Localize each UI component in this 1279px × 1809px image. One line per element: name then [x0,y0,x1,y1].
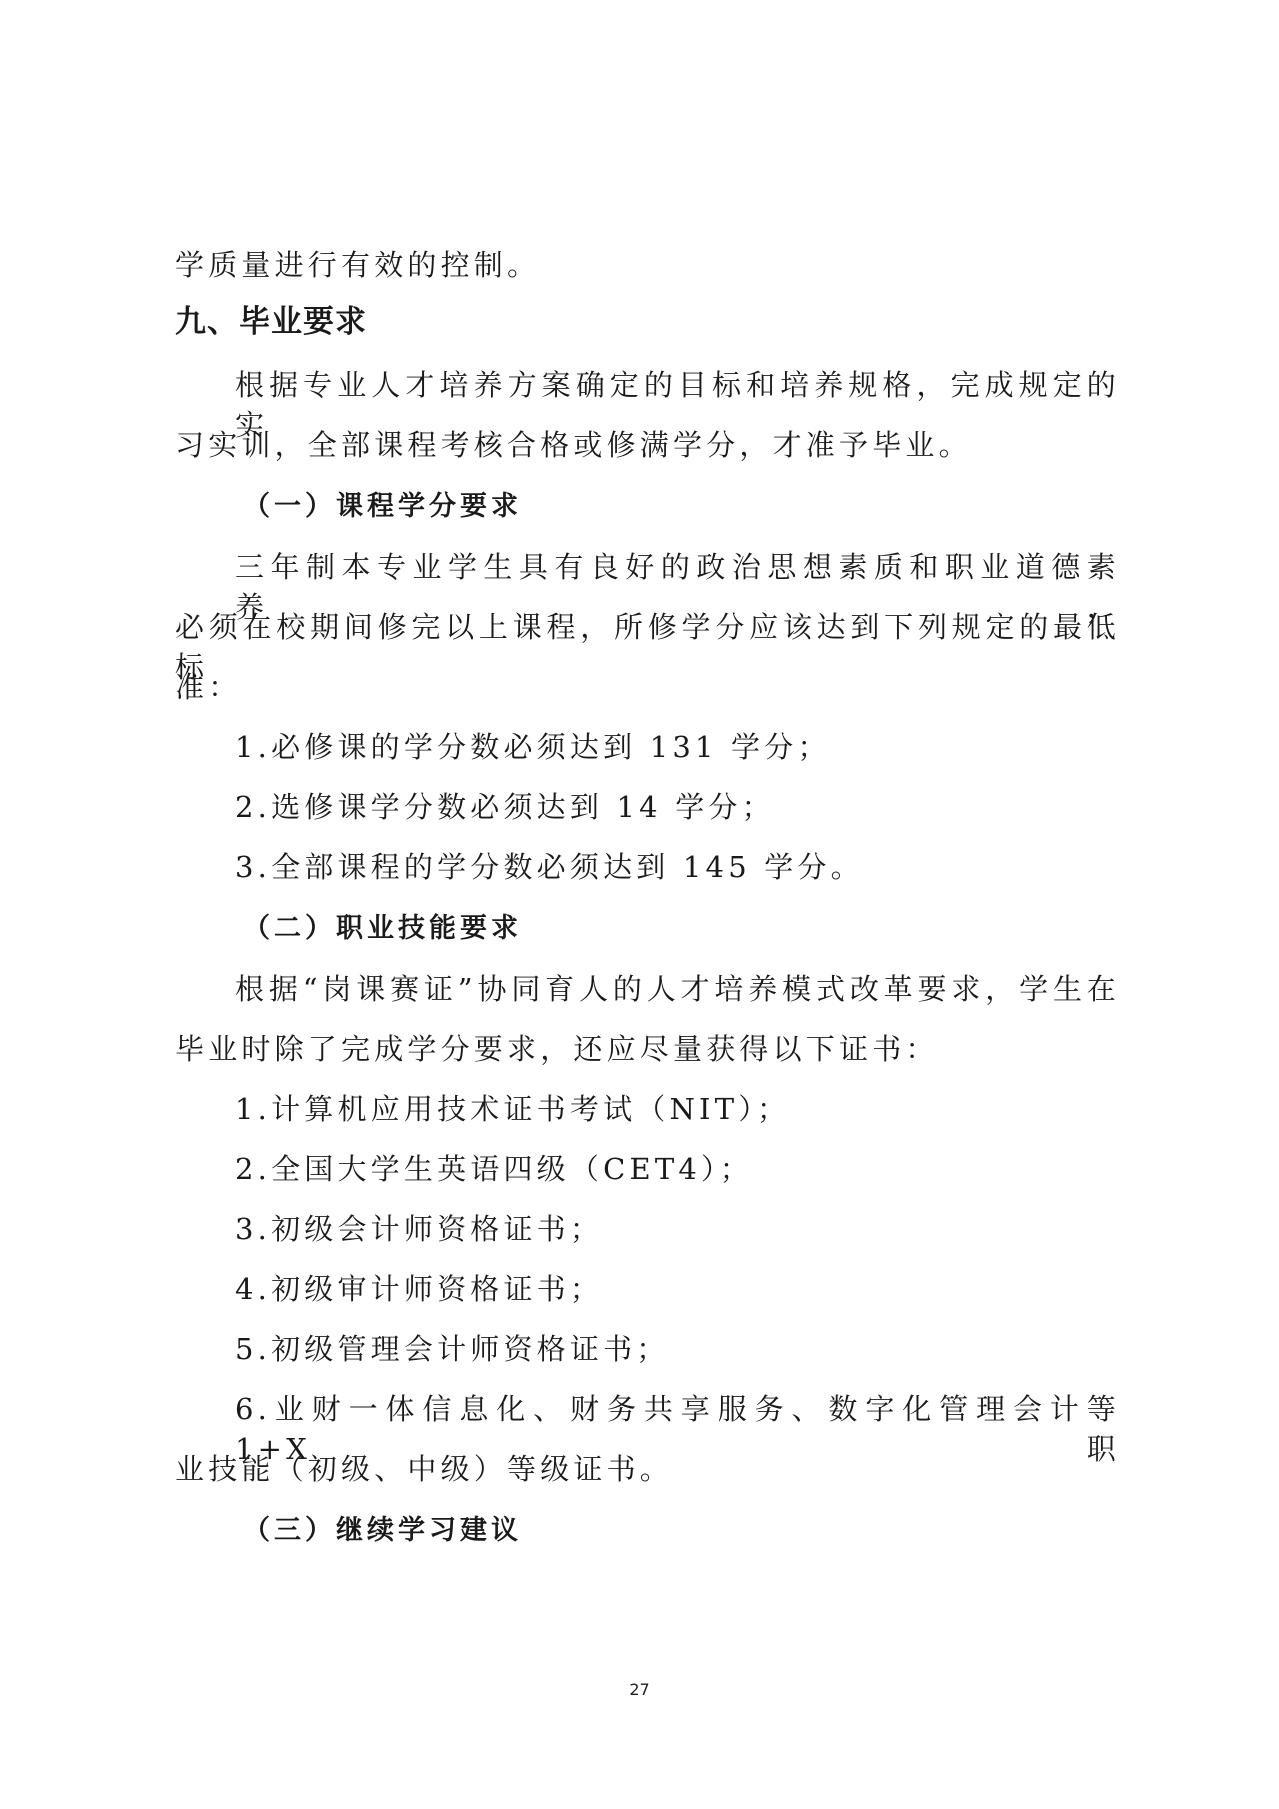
list-item: 3.全部课程的学分数必须达到 145 学分。 [235,847,1180,887]
subsection-heading-3: （三）继续学习建议 [243,1511,1188,1551]
list-item: 2.全国大学生英语四级（CET4）； [235,1149,1180,1189]
section-heading: 九、毕业要求 [175,302,1120,342]
intro-line-2: 习实训，全部课程考核合格或修满学分，才准予毕业。 [175,425,1120,465]
sub1-para-line-3: 准： [175,667,1120,707]
sub2-para-line-2: 毕业时除了完成学分要求，还应尽量获得以下证书： [175,1029,1120,1069]
list-item: 1.必修课的学分数必须达到 131 学分； [235,727,1180,767]
continuation-text: 学质量进行有效的控制。 [175,245,1120,285]
subsection-heading-1: （一）课程学分要求 [243,487,1188,527]
sub2-para-line-1: 根据“岗课赛证”协同育人的人才培养模式改革要求，学生在 [235,969,1120,1009]
list-item: 3.初级会计师资格证书； [235,1209,1180,1249]
page-number: 27 [0,1680,1279,1699]
list-item: 4.初级审计师资格证书； [235,1269,1180,1309]
list-item-continuation: 业技能（初级、中级）等级证书。 [175,1449,1120,1489]
list-item: 5.初级管理会计师资格证书； [235,1329,1180,1369]
subsection-heading-2: （二）职业技能要求 [243,909,1188,949]
list-item: 1.计算机应用技术证书考试（NIT）； [235,1089,1180,1129]
list-item: 2.选修课学分数必须达到 14 学分； [235,787,1180,827]
